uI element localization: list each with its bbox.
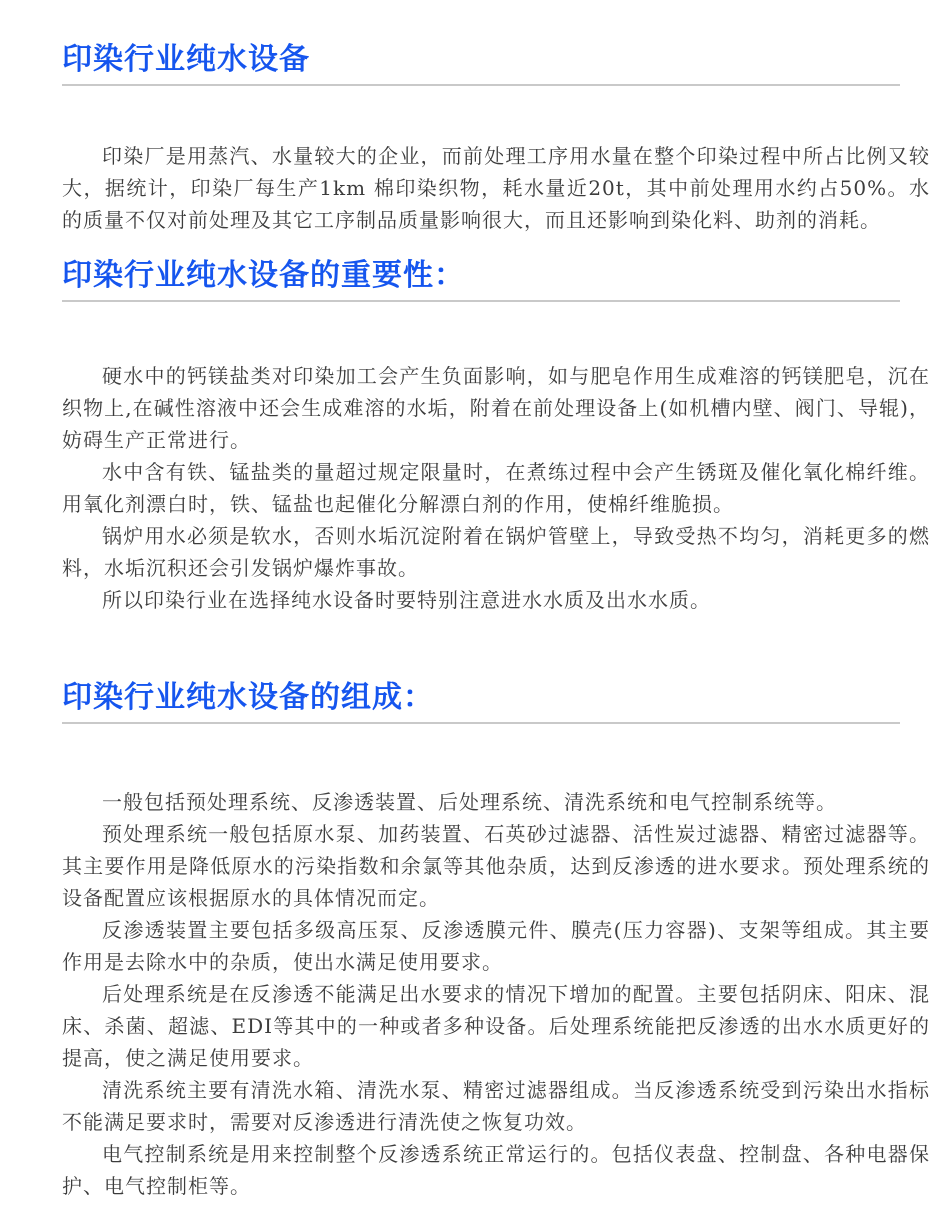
section-intro: 印染行业纯水设备 印染厂是用蒸汽、水量较大的企业，而前处理工序用水量在整个印染过… xyxy=(62,42,932,236)
composition-text: 一般包括预处理系统、反渗透装置、后处理系统、清洗系统和电气控制系统等。 预处理系… xyxy=(62,786,930,1202)
title-divider xyxy=(62,84,900,86)
section-divider xyxy=(62,300,900,302)
paragraph: 后处理系统是在反渗透不能满足出水要求的情况下增加的配置。主要包括阴床、阳床、混床… xyxy=(62,978,930,1074)
section-composition: 印染行业纯水设备的组成： 一般包括预处理系统、反渗透装置、后处理系统、清洗系统和… xyxy=(62,680,932,1202)
paragraph: 硬水中的钙镁盐类对印染加工会产生负面影响，如与肥皂作用生成难溶的钙镁肥皂，沉在织… xyxy=(62,360,930,456)
paragraph: 预处理系统一般包括原水泵、加药装置、石英砂过滤器、活性炭过滤器、精密过滤器等。其… xyxy=(62,818,930,914)
paragraph: 所以印染行业在选择纯水设备时要特别注意进水水质及出水水质。 xyxy=(62,584,930,616)
paragraph: 电气控制系统是用来控制整个反渗透系统正常运行的。包括仪表盘、控制盘、各种电器保护… xyxy=(62,1138,930,1202)
section-heading-importance: 印染行业纯水设备的重要性： xyxy=(62,258,932,294)
intro-text: 印染厂是用蒸汽、水量较大的企业，而前处理工序用水量在整个印染过程中所占比例又较大… xyxy=(62,140,930,236)
section-divider xyxy=(62,722,900,724)
paragraph: 一般包括预处理系统、反渗透装置、后处理系统、清洗系统和电气控制系统等。 xyxy=(62,786,930,818)
paragraph: 印染厂是用蒸汽、水量较大的企业，而前处理工序用水量在整个印染过程中所占比例又较大… xyxy=(62,140,930,236)
paragraph: 反渗透装置主要包括多级高压泵、反渗透膜元件、膜壳(压力容器)、支架等组成。其主要… xyxy=(62,914,930,978)
section-importance: 印染行业纯水设备的重要性： 硬水中的钙镁盐类对印染加工会产生负面影响，如与肥皂作… xyxy=(62,258,932,616)
paragraph: 清洗系统主要有清洗水箱、清洗水泵、精密过滤器组成。当反渗透系统受到污染出水指标不… xyxy=(62,1074,930,1138)
article-page: 印染行业纯水设备 印染厂是用蒸汽、水量较大的企业，而前处理工序用水量在整个印染过… xyxy=(0,0,940,1231)
paragraph: 水中含有铁、锰盐类的量超过规定限量时，在煮练过程中会产生锈斑及催化氧化棉纤维。用… xyxy=(62,456,930,520)
page-title: 印染行业纯水设备 xyxy=(62,42,932,78)
section-heading-composition: 印染行业纯水设备的组成： xyxy=(62,680,932,716)
importance-text: 硬水中的钙镁盐类对印染加工会产生负面影响，如与肥皂作用生成难溶的钙镁肥皂，沉在织… xyxy=(62,360,930,616)
paragraph: 锅炉用水必须是软水，否则水垢沉淀附着在锅炉管壁上，导致受热不均匀，消耗更多的燃料… xyxy=(62,520,930,584)
